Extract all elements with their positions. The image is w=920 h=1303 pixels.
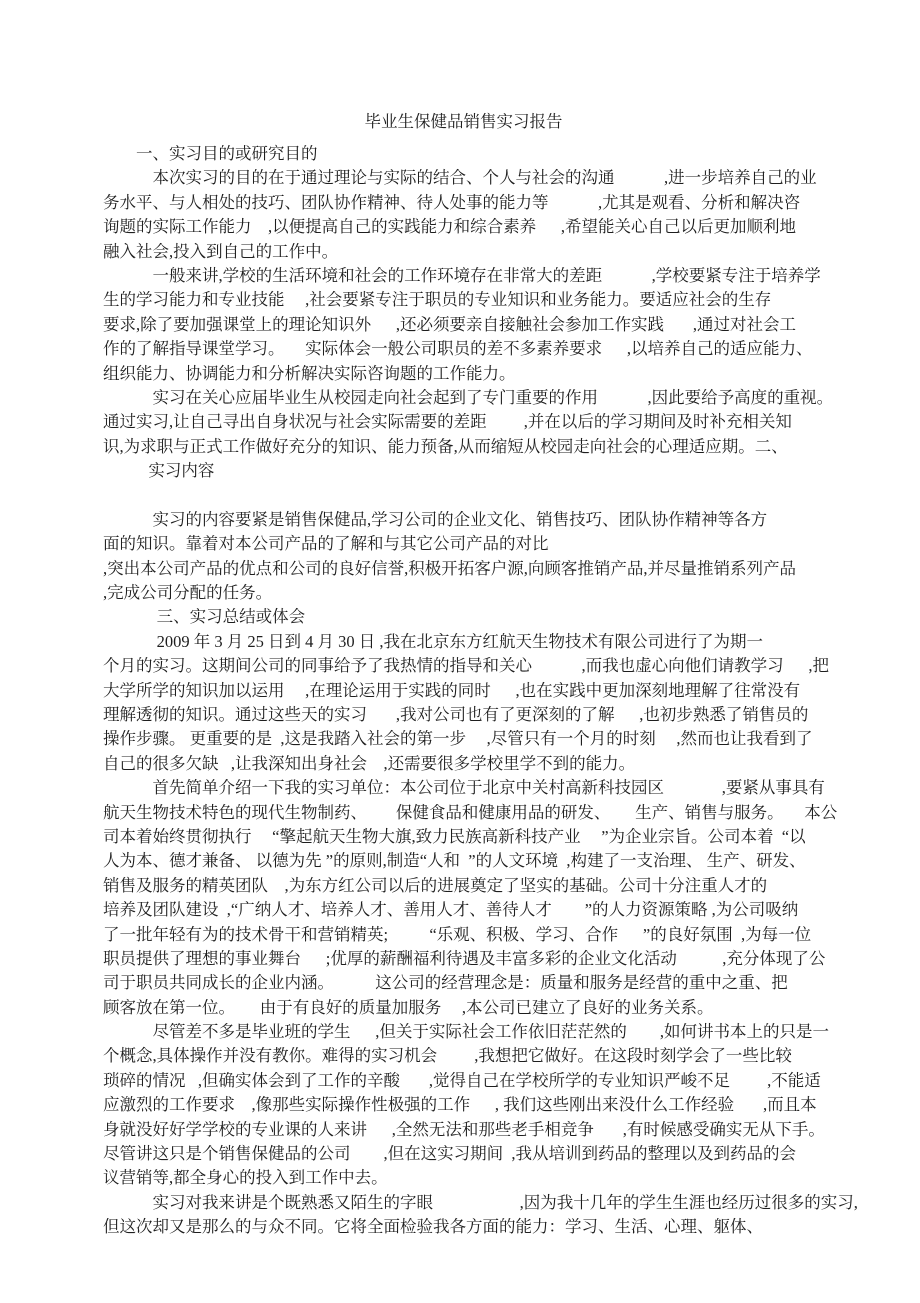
text-line: 三、实习总结或体会	[103, 605, 824, 629]
text-line: 尽管差不多是毕业班的学生 ,但关于实际社会工作依旧茫茫然的 ,如何讲书本上的只是…	[103, 1020, 824, 1044]
text-line: 面的知识。靠着对本公司产品的了解和与其它公司产品的对比	[103, 532, 824, 556]
text-line: 理解透彻的知识。通过这些天的实习 ,我对公司也有了更深刻的了解 ,也初步熟悉了销…	[103, 703, 824, 727]
text-line: 尽管讲这只是个销售保健品的公司 ,但在这实习期间 ,我从培训到药品的整理以及到药…	[103, 1142, 824, 1166]
text-line: 个月的实习。这期间公司的同事给予了我热情的指导和关心 ,而我也虚心向他们请教学习…	[103, 654, 824, 678]
text-line: 一般来讲,学校的生活环境和社会的工作环境存在非常大的差距 ,学校要紧专注于培养学	[103, 264, 824, 288]
text-line: 身就没好好学学校的专业课的人来讲 ,全然无法和那些老手相竞争 ,有时候感受确实无…	[103, 1118, 824, 1142]
text-line: 实习内容	[103, 459, 824, 483]
text-line: 应激烈的工作要求 ,像那些实际操作性极强的工作 , 我们这些刚出来没什么工作经验…	[103, 1093, 824, 1117]
text-line: 首先简单介绍一下我的实习单位：本公司位于北京中关村高新科技园区 ,要紧从事具有	[103, 776, 824, 800]
text-line: 大学所学的知识加以运用 ,在理论运用于实践的同时 ,也在实践中更加深刻地理解了往…	[103, 679, 824, 703]
text-line: 航天生物技术特色的现代生物制药、 保健食品和健康用品的研发、 生产、销售与服务。…	[103, 801, 824, 825]
text-line: 司本着始终贯彻执行 “擎起航天生物大旗,致力民族高新科技产业 ”为企业宗旨。公司…	[103, 825, 824, 849]
text-line: 作的了解指导课堂学习。 实际体会一般公司职员的差不多素养要求 ,以培养自己的适应…	[103, 337, 824, 361]
text-line: 但这次却又是那么的与众不同。它将全面检验我各方面的能力：学习、生活、心理、躯体、	[103, 1215, 824, 1239]
text-line: 个概念,具体操作并没有教你。难得的实习机会 ,我想把它做好。在这段时刻学会了一些…	[103, 1044, 824, 1068]
text-line: 要求,除了要加强课堂上的理论知识外 ,还必须要亲自接触社会参加工作实践 ,通过对…	[103, 313, 824, 337]
text-line: 自己的很多欠缺 ,让我深知出身社会 ,还需要很多学校里学不到的能力。	[103, 752, 824, 776]
text-line: 了一批年轻有为的技术骨干和营销精英; “乐观、积极、学习、合作 ”的良好氛围 ,…	[103, 923, 824, 947]
text-line: 融入社会,投入到自己的工作中。	[103, 240, 824, 264]
text-line: 实习对我来讲是个既熟悉又陌生的字眼 ,因为我十几年的学生生涯也经历过很多的实习,	[103, 1191, 824, 1215]
text-line: 通过实习,让自己寻出自身状况与社会实际需要的差距 ,并在以后的学习期间及时补充相…	[103, 410, 824, 434]
text-line: 识,为求职与正式工作做好充分的知识、能力预备,从而缩短从校园走向社会的心理适应期…	[103, 435, 824, 459]
text-line: 务水平、与人相处的技巧、团队协作精神、待人处事的能力等 ,尤其是观看、分析和解决…	[103, 191, 824, 215]
text-line: 销售及服务的精英团队 ,为东方红公司以后的进展奠定了坚实的基础。公司十分注重人才…	[103, 874, 824, 898]
document-title: 毕业生保健品销售实习报告	[103, 110, 824, 134]
text-line: 司于职员共同成长的企业内涵。 这公司的经营理念是：质量和服务是经营的重中之重、把	[103, 971, 824, 995]
text-line: 询题的实际工作能力 ,以便提高自己的实践能力和综合素养 ,希望能关心自己以后更加…	[103, 215, 824, 239]
blank-line	[103, 483, 824, 507]
text-line: 一、实习目的或研究目的	[103, 142, 824, 166]
text-line: 2009 年 3 月 25 日到 4 月 30 日 ,我在北京东方红航天生物技术…	[103, 630, 824, 654]
text-line: ,完成公司分配的任务。	[103, 581, 824, 605]
document-page: 毕业生保健品销售实习报告 一、实习目的或研究目的 本次实习的目的在于通过理论与实…	[0, 0, 920, 1303]
text-line: 人为本、德才兼备、 以德为先 ”的原则,制造“人和 ”的人文环境 ,构建了一支治…	[103, 849, 824, 873]
text-line: 职员提供了理想的事业舞台 ;优厚的薪酬福利待遇及丰富多彩的企业文化活动 ,充分体…	[103, 947, 824, 971]
text-line: 生的学习能力和专业技能 ,社会要紧专注于职员的专业知识和业务能力。要适应社会的生…	[103, 288, 824, 312]
text-line: 组织能力、协调能力和分析解决实际咨询题的工作能力。	[103, 362, 824, 386]
text-line: 培养及团队建设 ,“广纳人才、培养人才、善用人才、善待人才 ”的人力资源策略 ,…	[103, 898, 824, 922]
text-line: 琐碎的情况 ,但确实体会到了工作的辛酸 ,觉得自己在学校所学的专业知识严峻不足 …	[103, 1069, 824, 1093]
text-line: 议营销等,都全身心的投入到工作中去。	[103, 1166, 824, 1190]
text-line: ,突出本公司产品的优点和公司的良好信誉,积极开拓客户源,向顾客推销产品,并尽量推…	[103, 557, 824, 581]
text-line: 实习的内容要紧是销售保健品,学习公司的企业文化、销售技巧、团队协作精神等各方	[103, 508, 824, 532]
text-line: 本次实习的目的在于通过理论与实际的结合、个人与社会的沟通 ,进一步培养自己的业	[103, 166, 824, 190]
text-line: 顾客放在第一位。 由于有良好的质量加服务 ,本公司已建立了良好的业务关系。	[103, 996, 824, 1020]
text-line: 操作步骤。 更重要的是 ,这是我踏入社会的第一步 ,尽管只有一个月的时刻 ,然而…	[103, 727, 824, 751]
document-body: 一、实习目的或研究目的 本次实习的目的在于通过理论与实际的结合、个人与社会的沟通…	[103, 142, 824, 1240]
text-line: 实习在关心应届毕业生从校园走向社会起到了专门重要的作用 ,因此要给予高度的重视。	[103, 386, 824, 410]
